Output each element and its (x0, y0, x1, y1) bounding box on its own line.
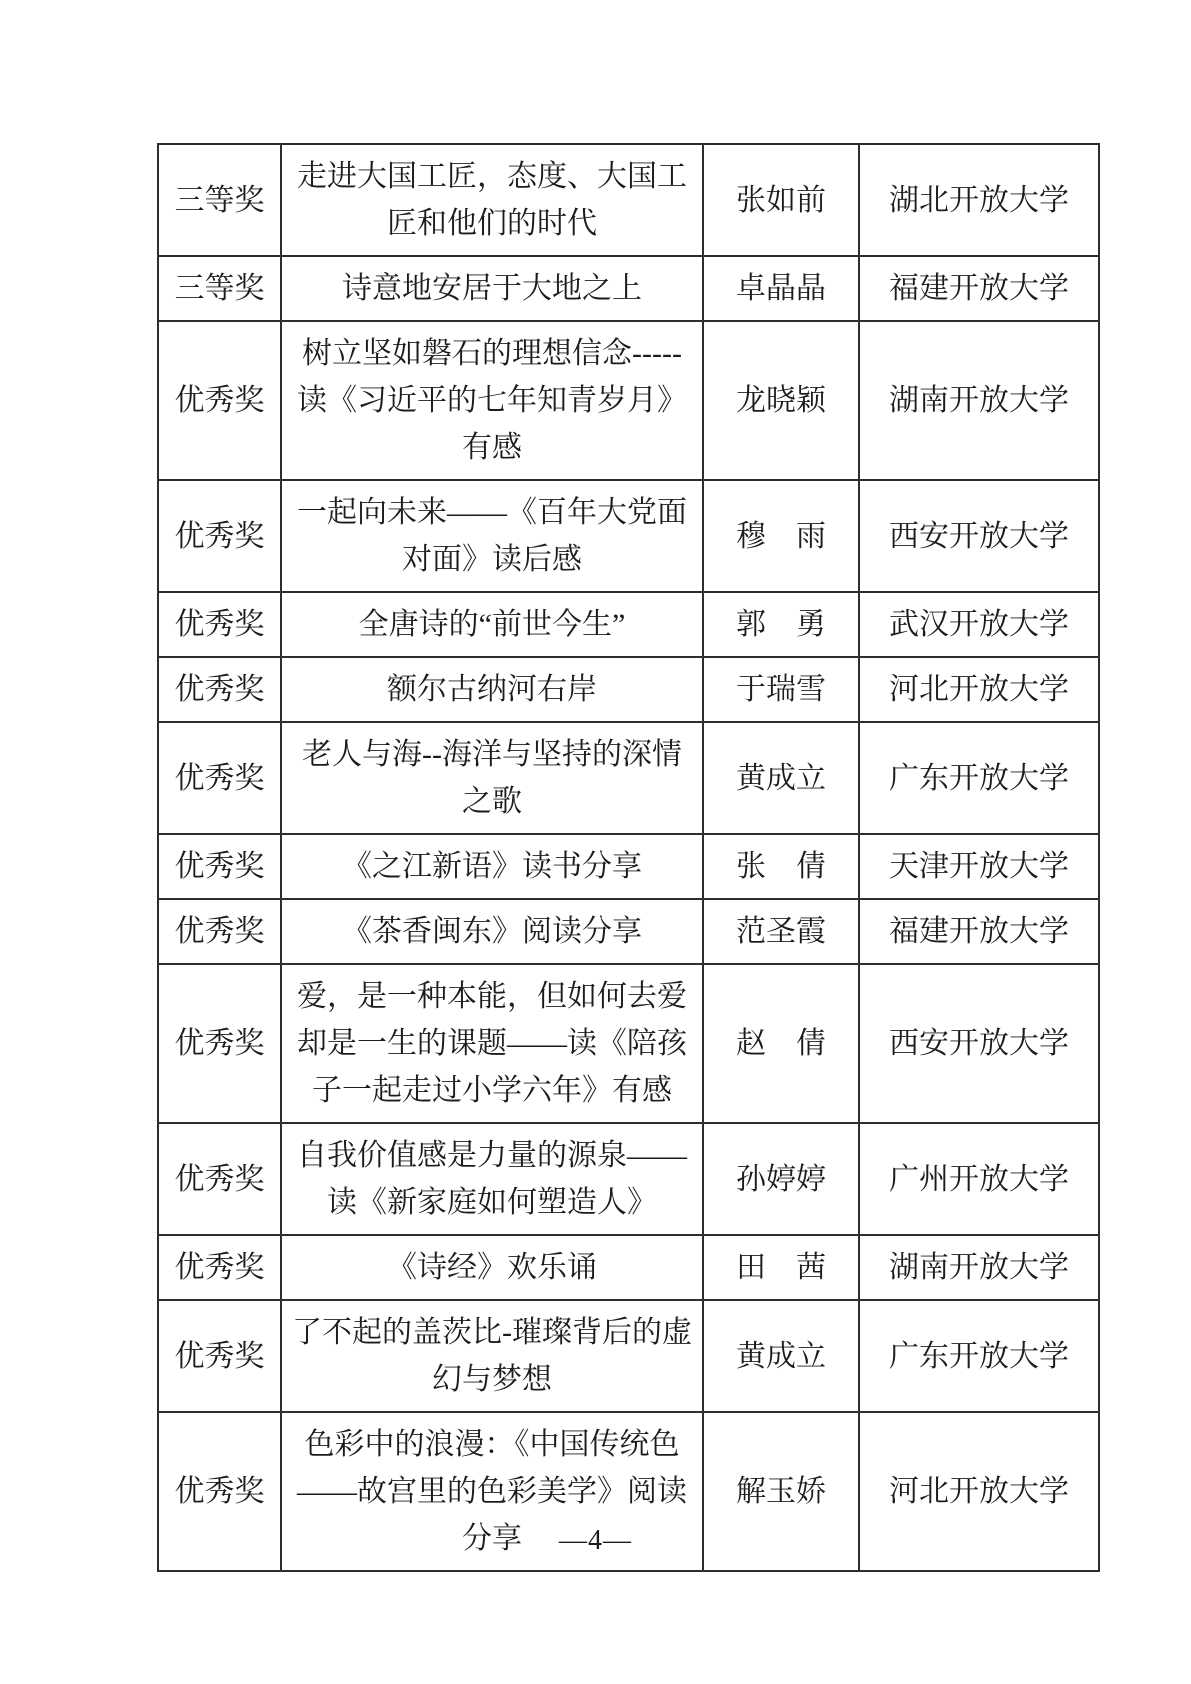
award-cell: 优秀奖 (158, 1300, 281, 1412)
table-row: 优秀奖《茶香闽东》阅读分享范圣霞福建开放大学 (158, 899, 1099, 964)
name-cell: 卓晶晶 (703, 256, 859, 321)
school-cell: 福建开放大学 (859, 256, 1099, 321)
school-cell: 湖南开放大学 (859, 1235, 1099, 1300)
title-cell: 自我价值感是力量的源泉——读《新家庭如何塑造人》 (281, 1123, 703, 1235)
award-cell: 优秀奖 (158, 722, 281, 834)
name-cell: 田 茜 (703, 1235, 859, 1300)
title-cell: 《之江新语》读书分享 (281, 834, 703, 899)
title-cell: 额尔古纳河右岸 (281, 657, 703, 722)
title-cell: 了不起的盖茨比-璀璨背后的虚幻与梦想 (281, 1300, 703, 1412)
name-cell: 于瑞雪 (703, 657, 859, 722)
title-cell: 诗意地安居于大地之上 (281, 256, 703, 321)
name-cell: 范圣霞 (703, 899, 859, 964)
table-row: 优秀奖树立坚如磐石的理想信念-----读《习近平的七年知青岁月》有感龙晓颖湖南开… (158, 321, 1099, 480)
award-cell: 优秀奖 (158, 657, 281, 722)
table-row: 三等奖诗意地安居于大地之上卓晶晶福建开放大学 (158, 256, 1099, 321)
table-row: 优秀奖《诗经》欢乐诵田 茜湖南开放大学 (158, 1235, 1099, 1300)
award-cell: 优秀奖 (158, 321, 281, 480)
table-row: 优秀奖额尔古纳河右岸于瑞雪河北开放大学 (158, 657, 1099, 722)
school-cell: 西安开放大学 (859, 480, 1099, 592)
page-number: —4— (0, 1525, 1191, 1557)
title-cell: 树立坚如磐石的理想信念-----读《习近平的七年知青岁月》有感 (281, 321, 703, 480)
table-row: 优秀奖《之江新语》读书分享张 倩天津开放大学 (158, 834, 1099, 899)
table-row: 优秀奖自我价值感是力量的源泉——读《新家庭如何塑造人》孙婷婷广州开放大学 (158, 1123, 1099, 1235)
table-row: 优秀奖一起向未来——《百年大党面对面》读后感穆 雨西安开放大学 (158, 480, 1099, 592)
name-cell: 张如前 (703, 144, 859, 256)
table-row: 优秀奖了不起的盖茨比-璀璨背后的虚幻与梦想黄成立广东开放大学 (158, 1300, 1099, 1412)
award-cell: 优秀奖 (158, 834, 281, 899)
award-cell: 优秀奖 (158, 480, 281, 592)
name-cell: 孙婷婷 (703, 1123, 859, 1235)
awards-table-body: 三等奖走进大国工匠，态度、大国工匠和他们的时代张如前湖北开放大学三等奖诗意地安居… (158, 144, 1099, 1571)
school-cell: 广东开放大学 (859, 722, 1099, 834)
award-cell: 三等奖 (158, 144, 281, 256)
award-cell: 优秀奖 (158, 1235, 281, 1300)
award-cell: 优秀奖 (158, 964, 281, 1123)
school-cell: 西安开放大学 (859, 964, 1099, 1123)
title-cell: 《茶香闽东》阅读分享 (281, 899, 703, 964)
awards-table: 三等奖走进大国工匠，态度、大国工匠和他们的时代张如前湖北开放大学三等奖诗意地安居… (157, 143, 1100, 1572)
school-cell: 湖南开放大学 (859, 321, 1099, 480)
title-cell: 爱，是一种本能，但如何去爱却是一生的课题——读《陪孩子一起走过小学六年》有感 (281, 964, 703, 1123)
award-cell: 优秀奖 (158, 899, 281, 964)
school-cell: 广东开放大学 (859, 1300, 1099, 1412)
school-cell: 福建开放大学 (859, 899, 1099, 964)
name-cell: 郭 勇 (703, 592, 859, 657)
name-cell: 龙晓颖 (703, 321, 859, 480)
name-cell: 黄成立 (703, 722, 859, 834)
award-cell: 三等奖 (158, 256, 281, 321)
table-row: 优秀奖全唐诗的“前世今生”郭 勇武汉开放大学 (158, 592, 1099, 657)
school-cell: 河北开放大学 (859, 657, 1099, 722)
name-cell: 黄成立 (703, 1300, 859, 1412)
school-cell: 天津开放大学 (859, 834, 1099, 899)
title-cell: 老人与海--海洋与坚持的深情之歌 (281, 722, 703, 834)
award-cell: 优秀奖 (158, 1123, 281, 1235)
title-cell: 全唐诗的“前世今生” (281, 592, 703, 657)
document-page: 三等奖走进大国工匠，态度、大国工匠和他们的时代张如前湖北开放大学三等奖诗意地安居… (0, 0, 1191, 1684)
table-row: 三等奖走进大国工匠，态度、大国工匠和他们的时代张如前湖北开放大学 (158, 144, 1099, 256)
name-cell: 赵 倩 (703, 964, 859, 1123)
table-row: 优秀奖老人与海--海洋与坚持的深情之歌黄成立广东开放大学 (158, 722, 1099, 834)
title-cell: 《诗经》欢乐诵 (281, 1235, 703, 1300)
school-cell: 武汉开放大学 (859, 592, 1099, 657)
school-cell: 广州开放大学 (859, 1123, 1099, 1235)
title-cell: 一起向未来——《百年大党面对面》读后感 (281, 480, 703, 592)
title-cell: 走进大国工匠，态度、大国工匠和他们的时代 (281, 144, 703, 256)
table-row: 优秀奖爱，是一种本能，但如何去爱却是一生的课题——读《陪孩子一起走过小学六年》有… (158, 964, 1099, 1123)
name-cell: 穆 雨 (703, 480, 859, 592)
school-cell: 湖北开放大学 (859, 144, 1099, 256)
name-cell: 张 倩 (703, 834, 859, 899)
award-cell: 优秀奖 (158, 592, 281, 657)
